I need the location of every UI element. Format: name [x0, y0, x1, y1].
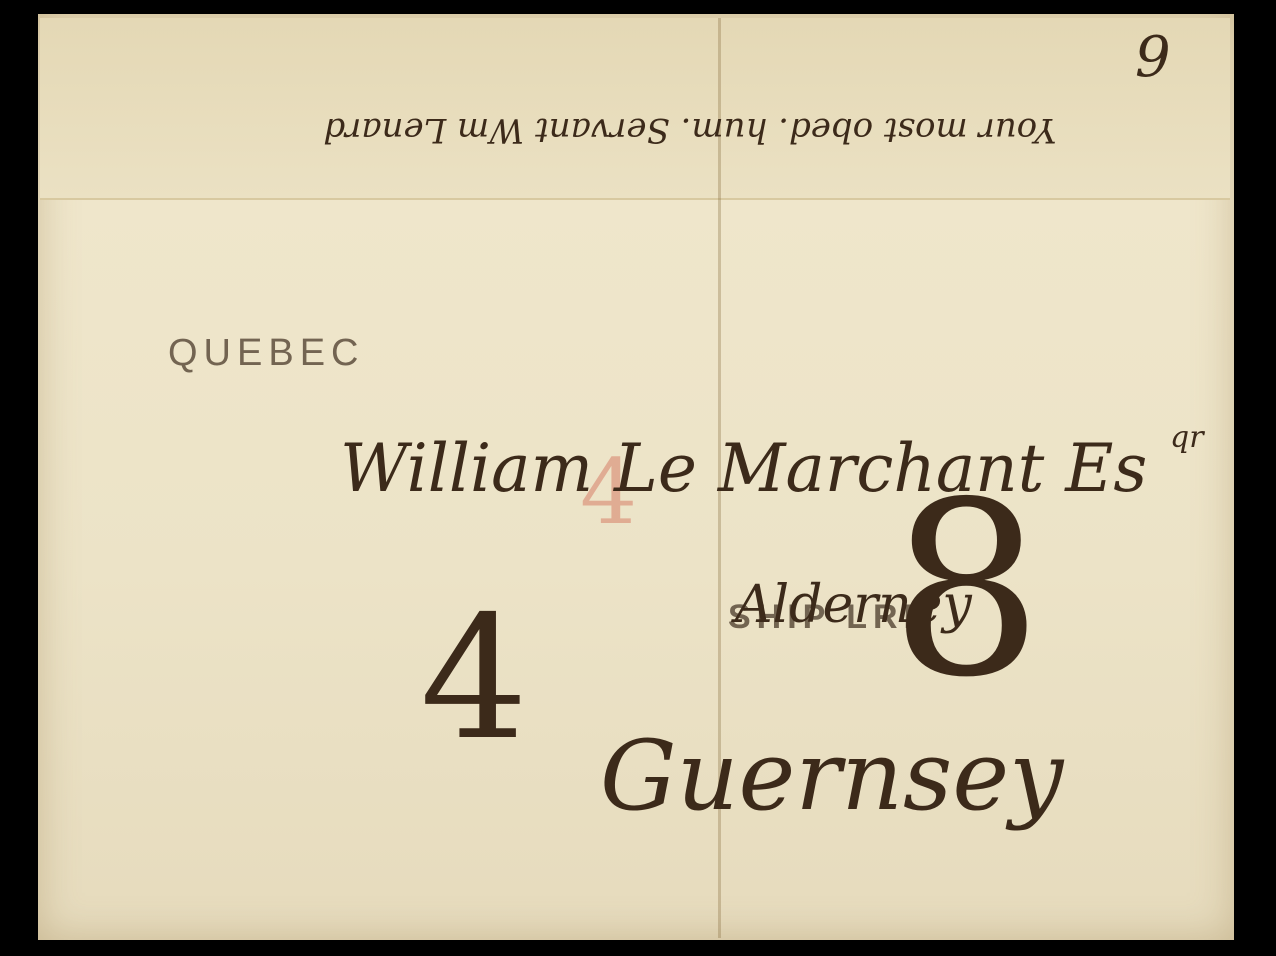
flap-number: 9 — [1135, 25, 1171, 90]
quebec-postmark: QUEBEC — [168, 332, 364, 375]
inverted-flap-text: Your most obed. hum. Servant Wm Lenard — [200, 110, 1180, 150]
letter-flap — [40, 18, 1230, 200]
rate-mark-right: 8 — [890, 450, 1043, 730]
address-suffix: qr — [1170, 420, 1204, 455]
rate-mark-left: 4 — [420, 580, 528, 778]
address-line-3: Guernsey — [600, 720, 1063, 832]
